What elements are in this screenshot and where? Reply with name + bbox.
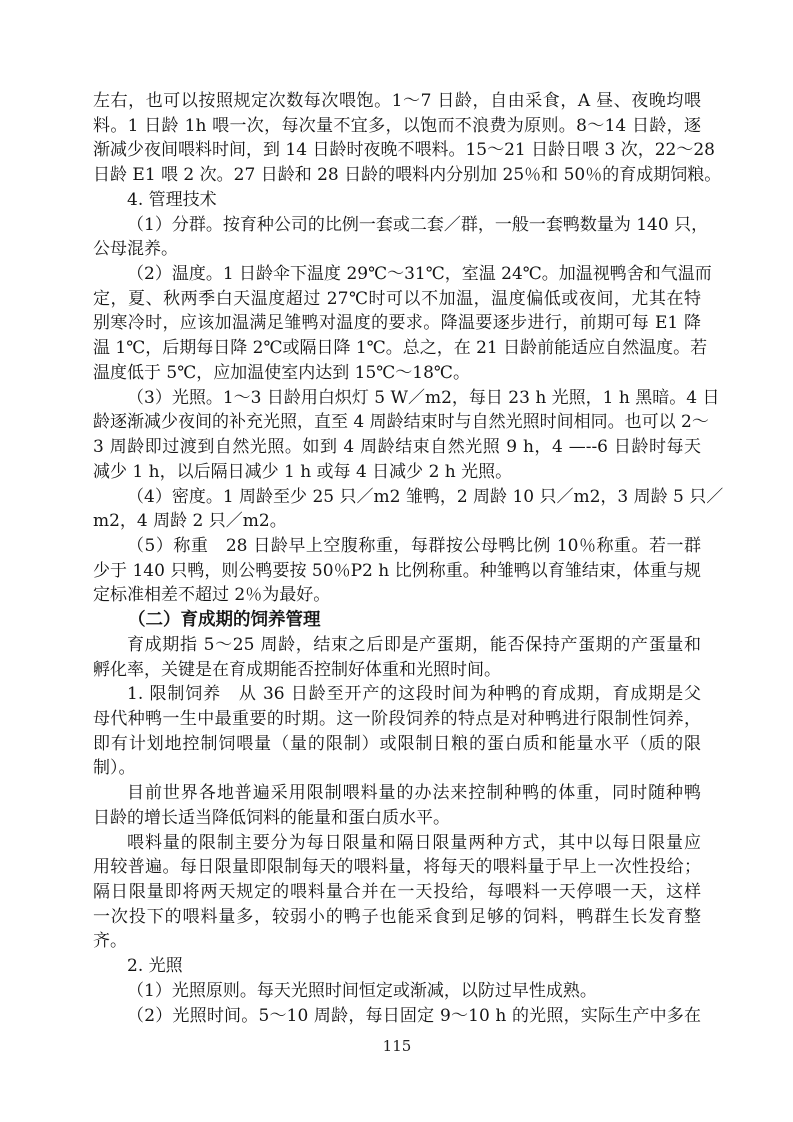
text-line: （1）分群。按育种公司的比例一套或二套／群，一般一套鸭数量为 140 只，: [93, 213, 701, 238]
text-line: 公母混养。: [93, 237, 701, 262]
text-line: 日龄的增长适当降低饲料的能量和蛋白质水平。: [93, 806, 701, 831]
document-text: 左右，也可以按照规定次数每次喂饱。1～7 日龄，自由采食，A 昼、夜晚均喂料。1…: [93, 89, 701, 1028]
text-line: 4. 管理技术: [93, 188, 701, 213]
text-line: 料。1 日龄 1h 喂一次，每次量不宜多，以饱而不浪费为原则。8～14 日龄，逐: [93, 114, 701, 139]
text-line: （二）育成期的饲养管理: [93, 608, 701, 633]
text-line: 少于 140 只鸭，则公鸭要按 50％P2 h 比例称重。种雏鸭以育雏结束，体重…: [93, 559, 701, 584]
text-line: 定标准相差不超过 2％为最好。: [93, 583, 701, 608]
text-line: （4）密度。1 周龄至少 25 只／m2 雏鸭，2 周龄 10 只／m2，3 周…: [93, 485, 701, 510]
document-page: 左右，也可以按照规定次数每次喂饱。1～7 日龄，自由采食，A 昼、夜晚均喂料。1…: [0, 0, 793, 1122]
text-line: 龄逐渐减少夜间的补充光照，直至 4 周龄结束时与自然光照时间相同。也可以 2～: [93, 410, 701, 435]
text-line: （3）光照。1～3 日龄用白炽灯 5 W／m2，每日 23 h 光照，1 h 黑…: [93, 386, 701, 411]
text-line: 2. 光照: [93, 954, 701, 979]
text-line: 别寒冷时，应该加温满足雏鸭对温度的要求。降温要逐步进行，前期可每 E1 降: [93, 311, 701, 336]
text-line: 减少 1 h，以后隔日减少 1 h 或每 4 日减少 2 h 光照。: [93, 460, 701, 485]
text-line: m2，4 周龄 2 只／m2。: [93, 509, 701, 534]
text-line: （2）光照时间。5～10 周龄，每日固定 9～10 h 的光照，实际生产中多在: [93, 1004, 701, 1029]
text-line: 一次投下的喂料量多，较弱小的鸭子也能采食到足够的饲料，鸭群生长发育整: [93, 905, 701, 930]
text-line: 渐减少夜间喂料时间，到 14 日龄时夜晚不喂料。15～21 日龄日喂 3 次，2…: [93, 138, 701, 163]
text-line: （2）温度。1 日龄伞下温度 29℃～31℃，室温 24℃。加温视鸭舍和气温而: [93, 262, 701, 287]
page-number: 115: [93, 1036, 701, 1056]
text-line: 用较普遍。每日限量即限制每天的喂料量，将每天的喂料量于早上一次性投给；: [93, 855, 701, 880]
text-line: 齐。: [93, 929, 701, 954]
text-line: 1. 限制饲养 从 36 日龄至开产的这段时间为种鸭的育成期，育成期是父: [93, 682, 701, 707]
text-line: 母代种鸭一生中最重要的时期。这一阶段饲养的特点是对种鸭进行限制性饲养，: [93, 707, 701, 732]
text-line: 日龄 E1 喂 2 次。27 日龄和 28 日龄的喂料内分别加 25％和 50％…: [93, 163, 701, 188]
text-line: 定，夏、秋两季白天温度超过 27℃时可以不加温，温度偏低或夜间，尤其在特: [93, 287, 701, 312]
text-line: 育成期指 5～25 周龄，结束之后即是产蛋期，能否保持产蛋期的产蛋量和: [93, 633, 701, 658]
text-line: 目前世界各地普遍采用限制喂料量的办法来控制种鸭的体重，同时随种鸭: [93, 781, 701, 806]
text-line: 温度低于 5℃，应加温使室内达到 15℃～18℃。: [93, 361, 701, 386]
text-line: 温 1℃，后期每日降 2℃或隔日降 1℃。总之，在 21 日龄前能适应自然温度。…: [93, 336, 701, 361]
text-line: 制）。: [93, 756, 701, 781]
text-line: 3 周龄即过渡到自然光照。如到 4 周龄结束自然光照 9 h，4 —--6 日龄…: [93, 435, 701, 460]
text-line: 喂料量的限制主要分为每日限量和隔日限量两种方式，其中以每日限量应: [93, 831, 701, 856]
text-line: （5）称重 28 日龄早上空腹称重，每群按公母鸭比例 10％称重。若一群: [93, 534, 701, 559]
text-line: 左右，也可以按照规定次数每次喂饱。1～7 日龄，自由采食，A 昼、夜晚均喂: [93, 89, 701, 114]
text-line: 即有计划地控制饲喂量（量的限制）或限制日粮的蛋白质和能量水平（质的限: [93, 732, 701, 757]
text-line: 孵化率，关键是在育成期能否控制好体重和光照时间。: [93, 658, 701, 683]
text-line: 隔日限量即将两天规定的喂料量合并在一天投给，每喂料一天停喂一天，这样: [93, 880, 701, 905]
text-line: （1）光照原则。每天光照时间恒定或渐减，以防过早性成熟。: [93, 979, 701, 1004]
